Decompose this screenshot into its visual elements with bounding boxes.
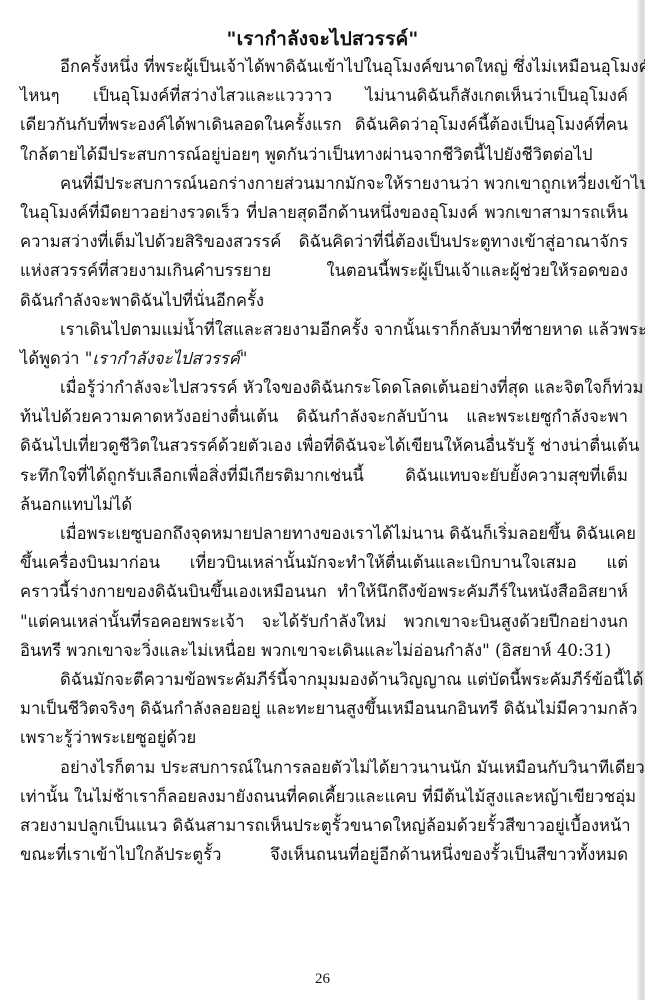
paragraph-7: อย่างไรก็ตาม ประสบการณ์ในการลอยตัวไม่ได้… <box>20 753 628 870</box>
text-line: เท่านั้น ในไม่ช้าเราก็ลอยลงมายังถนนที่คด… <box>20 782 628 811</box>
text-line: ล้นอกแทบไม่ได้ <box>20 490 628 519</box>
book-page: "เรากำลังจะไปสวรรค์" อีกครั้งหนึ่ง ที่พร… <box>0 0 645 1000</box>
text-line: "แต่คนเหล่านั้นที่รอคอยพระเจ้า จะได้รับก… <box>20 607 628 636</box>
paragraph-3: เราเดินไปตามแม่น้ำที่ใสและสวยงามอีกครั้ง… <box>20 315 628 373</box>
text-line: คราวนี้ร่างกายของดิฉันบินขึ้นเองเหมือนนก… <box>20 577 628 606</box>
text-line: มาเป็นชีวิตจริงๆ ดิฉันกำลังลอยอยู่ และทะ… <box>20 694 628 723</box>
text-line: คนที่มีประสบการณ์นอกร่างกายส่วนมากมักจะใ… <box>20 169 628 198</box>
text-line: เพราะรู้ว่าพระเยซูอยู่ด้วย <box>20 723 628 752</box>
text-line: ดิฉันมักจะตีความข้อพระคัมภีร์นี้จากมุมมอ… <box>20 665 628 694</box>
text-line: ดิฉันไปเที่ยวดูชีวิตในสวรรค์ด้วยตัวเอง เ… <box>20 431 628 460</box>
paragraph-1: อีกครั้งหนึ่ง ที่พระผู้เป็นเจ้าได้พาดิฉั… <box>20 52 628 169</box>
scan-edge-shadow <box>637 0 645 1000</box>
text-line: ใกล้ตายได้มีประสบการณ์อยู่บ่อยๆ พูดกันว่… <box>20 140 628 169</box>
text-line: ความสว่างที่เต็มไปด้วยสิริของสวรรค์ ดิฉั… <box>20 227 628 256</box>
text-line: ในอุโมงค์ที่มืดยาวอย่างรวดเร็ว ที่ปลายสุ… <box>20 198 628 227</box>
text-line: อย่างไรก็ตาม ประสบการณ์ในการลอยตัวไม่ได้… <box>20 753 628 782</box>
text-segment: ได้พูดว่า <box>20 349 85 368</box>
text-line: เราเดินไปตามแม่น้ำที่ใสและสวยงามอีกครั้ง… <box>20 315 628 344</box>
text-line: ขึ้นเครื่องบินมาก่อน เที่ยวบินเหล่านั้นม… <box>20 548 628 577</box>
text-line: เมื่อรู้ว่ากำลังจะไปสวรรค์ หัวใจของดิฉัน… <box>20 373 628 402</box>
text-line: เดียวกันกับที่พระองค์ได้พาเดินลอดในครั้ง… <box>20 110 628 139</box>
paragraph-4: เมื่อรู้ว่ากำลังจะไปสวรรค์ หัวใจของดิฉัน… <box>20 373 628 519</box>
text-line: ขณะที่เราเข้าไปใกล้ประตูรั้ว จึงเห็นถนนท… <box>20 840 628 869</box>
text-line: อีกครั้งหนึ่ง ที่พระผู้เป็นเจ้าได้พาดิฉั… <box>20 52 628 81</box>
text-line: แห่งสวรรค์ที่สวยงามเกินคำบรรยาย ในตอนนี้… <box>20 256 628 285</box>
text-line: ไหนๆ เป็นอุโมงค์ที่สว่างไสวและแวววาว ไม่… <box>20 81 628 110</box>
chapter-title: "เรากำลังจะไปสวรรค์" <box>0 26 645 52</box>
text-line: ท้นไปด้วยความคาดหวังอย่างตื่นเต้น ดิฉันก… <box>20 402 628 431</box>
page-number: 26 <box>0 971 645 988</box>
text-line: ดิฉันกำลังจะพาดิฉันไปที่นั่นอีกครั้ง <box>20 286 628 315</box>
text-line: ระทึกใจที่ได้ถูกรับเลือกเพื่อสิ่งที่มีเก… <box>20 461 628 490</box>
paragraph-2: คนที่มีประสบการณ์นอกร่างกายส่วนมากมักจะใ… <box>20 169 628 315</box>
body-text: อีกครั้งหนึ่ง ที่พระผู้เป็นเจ้าได้พาดิฉั… <box>20 52 628 869</box>
text-line: สวยงามปลูกเป็นแนว ดิฉันสามารถเห็นประตูรั… <box>20 811 628 840</box>
text-line: เมื่อพระเยซูบอกถึงจุดหมายปลายทางของเราได… <box>20 519 628 548</box>
paragraph-6: ดิฉันมักจะตีความข้อพระคัมภีร์นี้จากมุมมอ… <box>20 665 628 753</box>
italic-quote: "เรากำลังจะไปสวรรค์" <box>85 349 248 368</box>
scripture-citation-line: อินทรี พวกเขาจะวิ่งและไม่เหนื่อย พวกเขาจ… <box>20 636 628 665</box>
paragraph-5: เมื่อพระเยซูบอกถึงจุดหมายปลายทางของเราได… <box>20 519 628 665</box>
text-line-with-quote: ได้พูดว่า "เรากำลังจะไปสวรรค์" <box>20 344 628 373</box>
